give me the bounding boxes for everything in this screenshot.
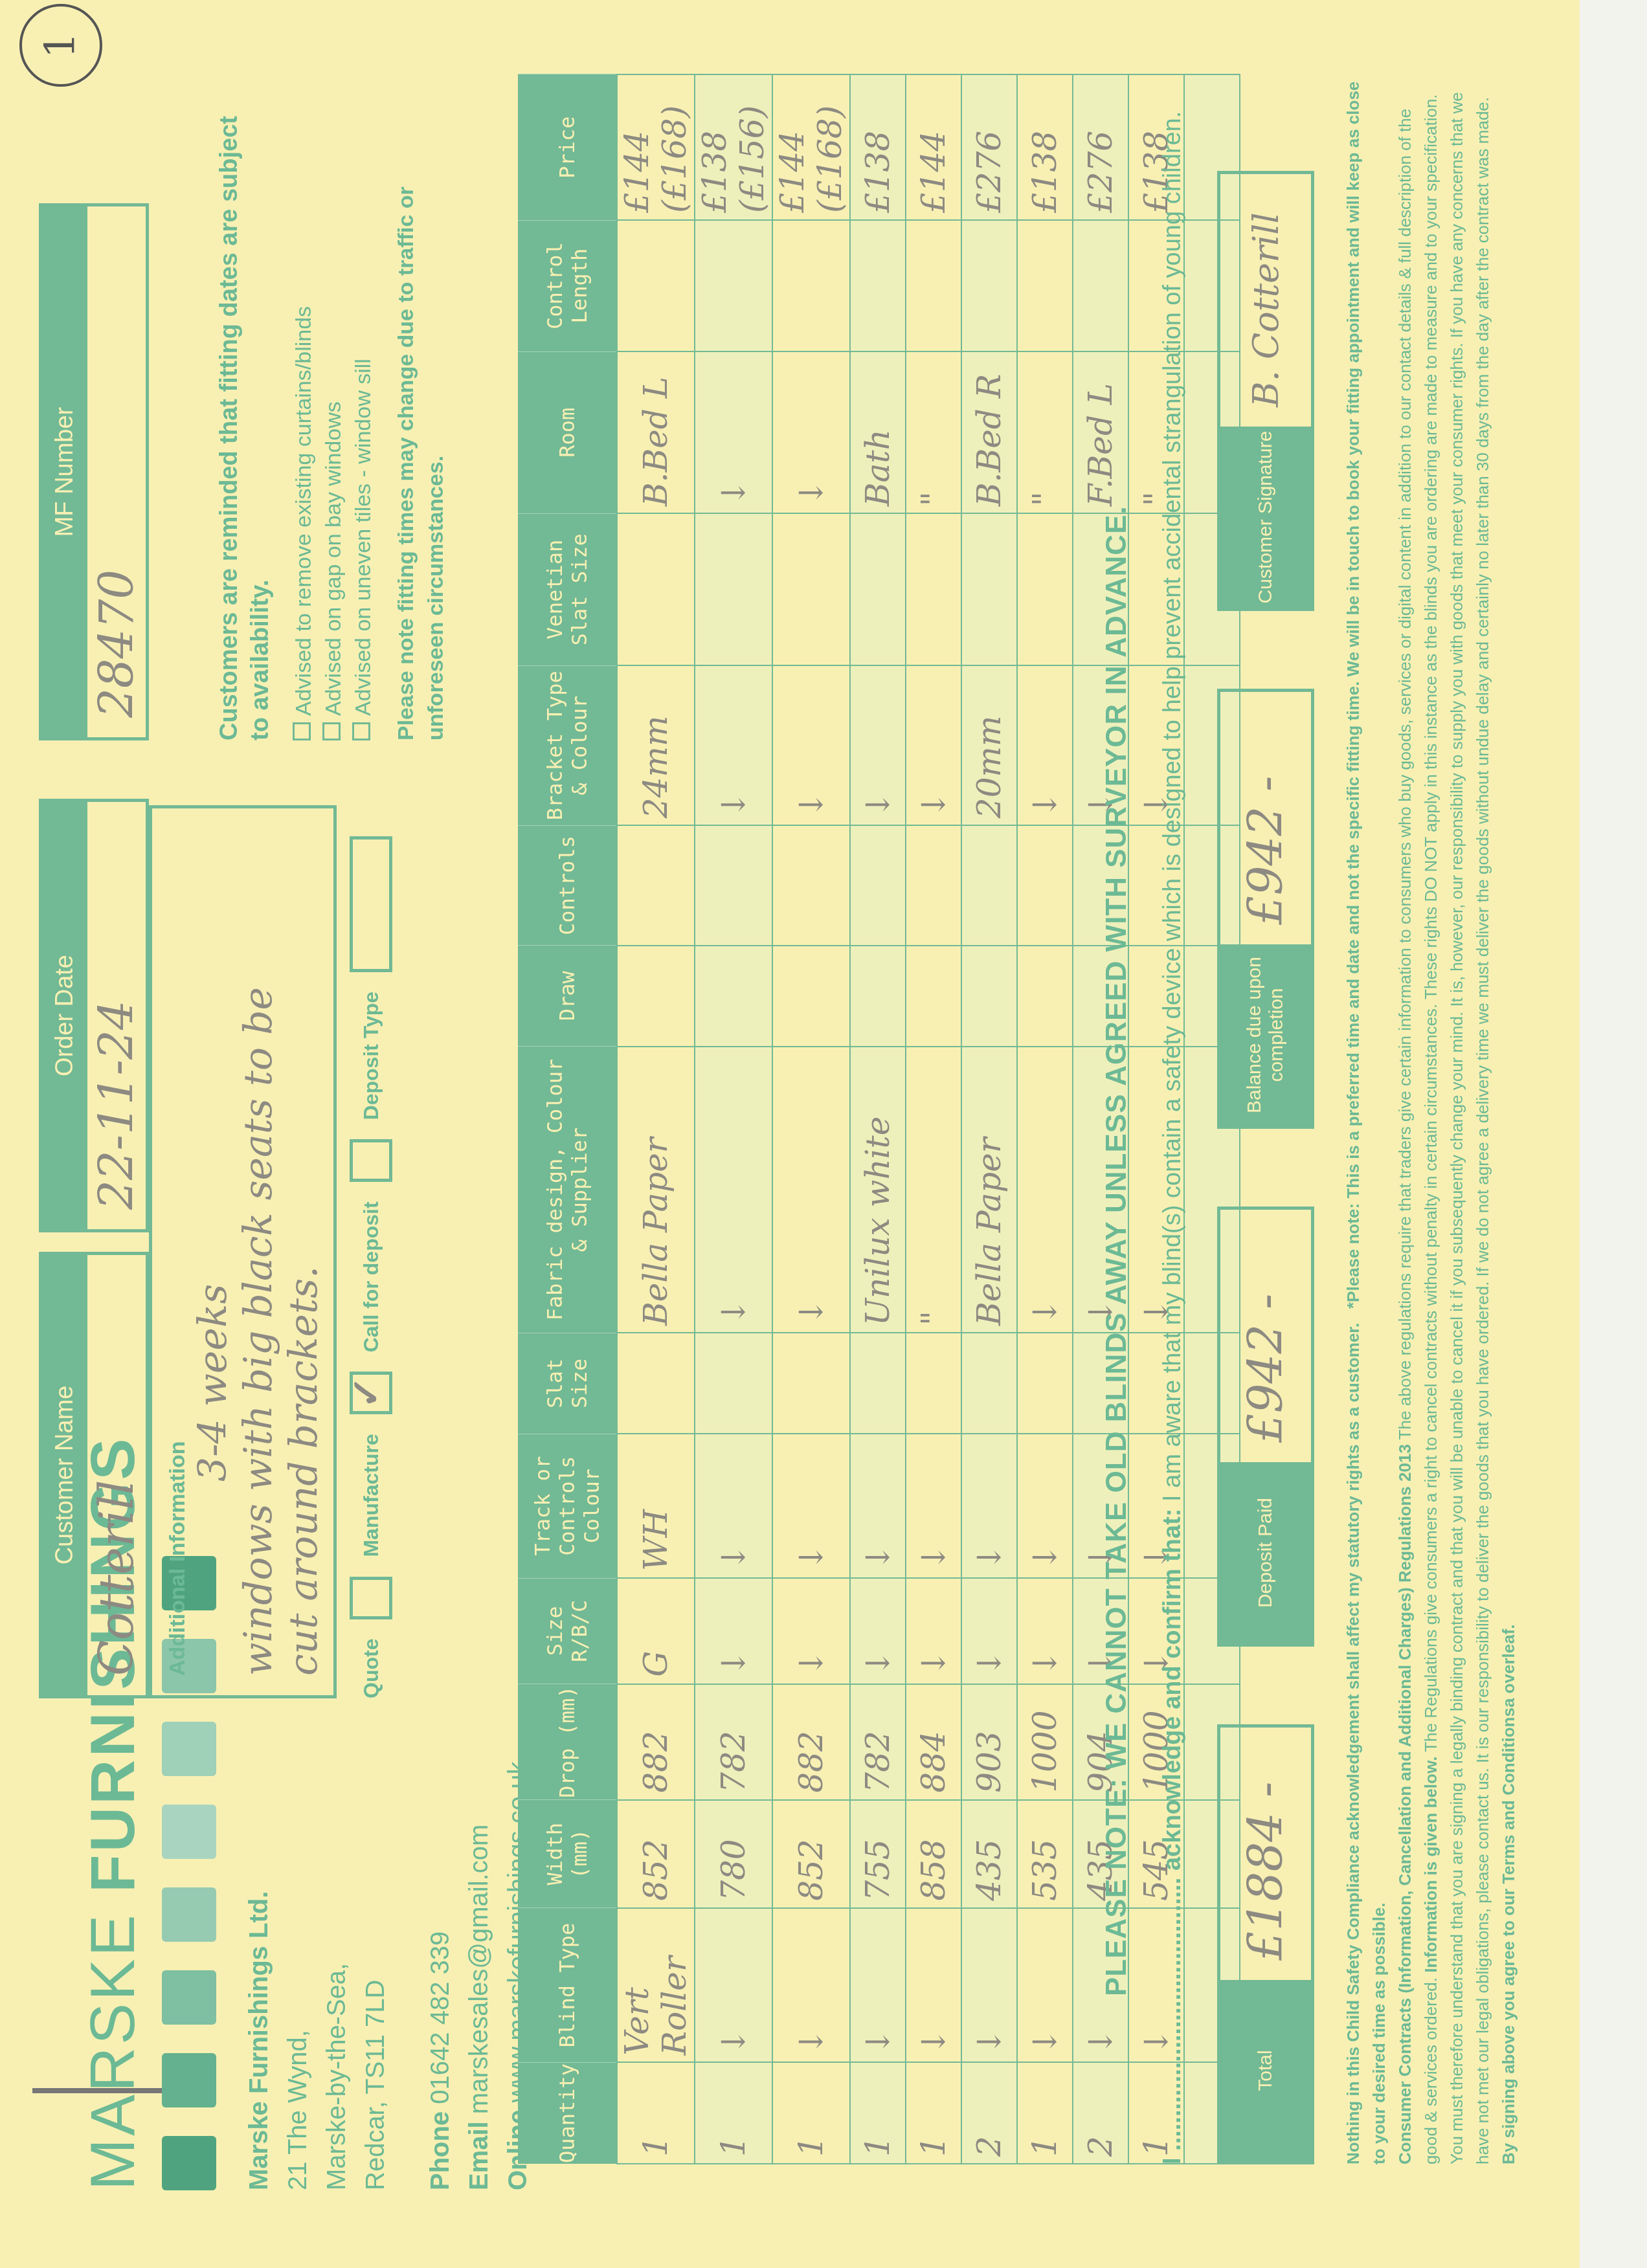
mf-number-label: MF Number [42, 206, 87, 737]
manufacture-checkbox[interactable] [350, 1372, 392, 1414]
table-row: 2↓435903↓↓Bella Paper20mmB.Bed R£276 [961, 74, 1017, 2164]
column-header: Room [518, 351, 617, 513]
fitting-reminder: Customers are reminded that fitting date… [214, 93, 451, 740]
column-header: Track or Controls Colour [518, 1434, 617, 1578]
table-cell[interactable]: £276 [961, 74, 1017, 220]
table-cell[interactable]: Bella Paper [617, 1047, 695, 1333]
table-cell[interactable]: 782 [695, 1684, 772, 1800]
table-cell[interactable]: 852 [772, 1800, 850, 1908]
table-cell[interactable]: 903 [961, 1684, 1017, 1800]
table-cell[interactable] [1017, 513, 1073, 665]
table-cell[interactable]: 2 [1073, 2062, 1128, 2164]
table-cell[interactable]: ↓ [961, 1578, 1017, 1684]
page-number-mark: 1 [19, 4, 102, 87]
additional-information-box[interactable]: Additional Information 3-4 weeks windows… [149, 805, 337, 1698]
table-cell[interactable] [617, 946, 695, 1047]
table-cell[interactable]: 535 [1017, 1800, 1073, 1908]
table-cell[interactable]: £138 (£156) [695, 74, 772, 220]
table-cell[interactable] [850, 1333, 906, 1434]
statutory-rights-note: Nothing in this Child Safety Compliance … [1343, 1323, 1363, 2164]
table-cell[interactable] [772, 1333, 850, 1434]
table-cell[interactable]: £144 [906, 74, 961, 220]
table-cell[interactable]: ↓ [695, 1047, 772, 1333]
column-header: Control Length [518, 220, 617, 351]
total-field[interactable]: Total £1884 - [1217, 1724, 1314, 2164]
fabric-swatch-icon [162, 2136, 216, 2190]
customer-name-label: Customer Name [42, 1255, 87, 1695]
old-blinds-notice: PLEASE NOTE: WE CANNOT TAKE OLD BLINDS A… [1101, 506, 1133, 1996]
table-cell[interactable]: ↓ [850, 1578, 906, 1684]
table-cell[interactable] [772, 946, 850, 1047]
deposit-paid-value[interactable]: £942 - [1220, 1210, 1311, 1462]
table-cell[interactable]: ↓ [772, 1908, 850, 2063]
column-header: Price [518, 74, 617, 220]
table-row: 1↓755782↓↓Unilux white↓Bath£138 [850, 74, 906, 2164]
table-cell[interactable]: " [906, 1047, 961, 1333]
table-cell[interactable] [906, 513, 961, 665]
table-cell[interactable]: ↓ [1017, 1047, 1073, 1333]
brand-name-light: MARSKE [78, 1913, 148, 2190]
column-header: Size R/B/C [518, 1578, 617, 1684]
table-cell[interactable] [1017, 1333, 1073, 1434]
deposit-paid-label: Deposit Paid [1220, 1462, 1311, 1643]
additional-information-label: Additional Information [165, 828, 190, 1676]
fitting-times-note: Please note fitting times may change due… [391, 93, 451, 740]
table-cell[interactable]: ↓ [961, 1434, 1017, 1578]
table-cell[interactable]: 852 [617, 1800, 695, 1908]
table-cell[interactable]: 884 [906, 1684, 961, 1800]
table-cell[interactable]: ↓ [906, 1908, 961, 2063]
table-cell[interactable] [1017, 220, 1073, 351]
table-cell[interactable]: G [617, 1578, 695, 1684]
table-cell[interactable]: ↓ [772, 351, 850, 513]
table-cell[interactable]: 1 [695, 2062, 772, 2164]
additional-info-line: windows with big black seats to be [236, 828, 281, 1676]
customer-signature-value[interactable]: B. Cotterill [1220, 174, 1311, 427]
table-cell[interactable]: Bella Paper [961, 1047, 1017, 1333]
phone-label: Phone [426, 2111, 454, 2190]
table-cell[interactable]: 755 [850, 1800, 906, 1908]
table-cell[interactable] [617, 1333, 695, 1434]
table-cell[interactable] [906, 946, 961, 1047]
table-cell[interactable]: 20mm [961, 665, 1017, 825]
legal-terms: Nothing in this Child Safety Compliance … [1340, 74, 1521, 2164]
table-cell[interactable] [772, 220, 850, 351]
table-cell[interactable]: 882 [617, 1684, 695, 1800]
table-cell[interactable]: ↓ [850, 1908, 906, 2063]
table-cell[interactable] [617, 513, 695, 665]
email-address: marskesales@gmail.com [465, 1825, 493, 2114]
table-cell[interactable]: 882 [772, 1684, 850, 1800]
table-cell[interactable]: WH [617, 1434, 695, 1578]
table-cell[interactable] [906, 220, 961, 351]
mf-number-value[interactable]: 28470 [87, 206, 146, 737]
mf-number-field[interactable]: MF Number 28470 [39, 203, 149, 740]
consumer-contracts-heading: Consumer Contracts (Information, Cancell… [1395, 1444, 1415, 2164]
table-cell[interactable]: £276 [1073, 74, 1128, 220]
checkbox-icon[interactable] [293, 722, 311, 740]
table-cell[interactable] [695, 220, 772, 351]
table-cell[interactable] [617, 220, 695, 351]
column-header: Fabric design, Colour & Supplier [518, 1047, 617, 1333]
safety-acknowledgement: I ......................................… [1159, 111, 1187, 2164]
table-cell[interactable]: F.Bed L [1073, 351, 1128, 513]
terms-agreement: By signing above you agree to our Terms … [1499, 1624, 1518, 2164]
table-cell[interactable] [695, 825, 772, 946]
table-cell[interactable] [772, 825, 850, 946]
table-cell[interactable]: ↓ [772, 1434, 850, 1578]
fabric-swatch-icon [162, 1970, 216, 2025]
info-heading: Information is given below. [1421, 1757, 1440, 1973]
balance-due-label: Balance due upon completion [1220, 944, 1311, 1126]
table-cell[interactable]: 435 [961, 1800, 1017, 1908]
table-cell[interactable]: ↓ [906, 1578, 961, 1684]
ack-prefix: I ......................................… [1159, 1509, 1186, 2165]
table-cell[interactable]: ↓ [695, 1908, 772, 2063]
table-cell[interactable]: Unilux white [850, 1047, 906, 1333]
table-header-row: QuantityBlind TypeWidth (mm)Drop (mm)Siz… [518, 74, 617, 2164]
order-date-value[interactable]: 22-11-24 [87, 802, 146, 1229]
order-date-field[interactable]: Order Date 22-11-24 [39, 799, 149, 1232]
address-line: 21 The Wynd, [278, 1891, 317, 2190]
checkbox-icon[interactable] [352, 722, 370, 740]
table-cell[interactable]: Vert Roller [617, 1908, 695, 2063]
table-cell[interactable]: ↓ [772, 1578, 850, 1684]
table-row: 1Vert Roller852882GWHBella Paper24mmB.Be… [617, 74, 695, 2164]
table-cell[interactable]: 782 [850, 1684, 906, 1800]
table-cell[interactable]: 1000 [1017, 1684, 1073, 1800]
table-cell[interactable]: ↓ [772, 1047, 850, 1333]
table-cell[interactable]: B.Bed L [617, 351, 695, 513]
table-cell[interactable] [772, 513, 850, 665]
column-header: Blind Type [518, 1908, 617, 2063]
additional-info-line: cut around brackets. [281, 828, 326, 1676]
table-cell[interactable]: 858 [906, 1800, 961, 1908]
fabric-swatch-icon [162, 1722, 216, 1776]
table-cell[interactable] [850, 513, 906, 665]
table-cell[interactable] [617, 825, 695, 946]
call-for-deposit-checkbox[interactable] [350, 1139, 392, 1182]
table-cell[interactable] [906, 825, 961, 946]
fabric-swatch-icon [162, 1887, 216, 1942]
table-cell[interactable]: £138 [850, 74, 906, 220]
table-cell[interactable] [961, 513, 1017, 665]
customer-signature-label: Customer Signature [1220, 427, 1311, 608]
table-row: 1↓5351000↓↓↓↓"£138 [1017, 74, 1073, 2164]
table-cell[interactable] [1017, 825, 1073, 946]
column-header: Venetian Slat Size [518, 513, 617, 665]
table-row: 1↓858884↓↓"↓"£144 [906, 74, 961, 2164]
deposit-type-label: Deposit Type [359, 992, 383, 1120]
customer-name-field[interactable]: Customer Name Cotterill [39, 1252, 149, 1698]
fabric-swatch-icon [162, 1805, 216, 1859]
table-cell[interactable] [961, 220, 1017, 351]
table-cell[interactable] [906, 1333, 961, 1434]
balance-due-value[interactable]: £942 - [1220, 692, 1311, 944]
table-row: 1↓780782↓↓↓↓↓£138 (£156) [695, 74, 772, 2164]
reminder-heading: Customers are reminded that fitting date… [214, 93, 276, 740]
quote-label: Quote [359, 1639, 383, 1698]
table-cell[interactable]: ↓ [1017, 665, 1073, 825]
table-cell[interactable] [695, 946, 772, 1047]
table-cell[interactable]: ↓ [906, 1434, 961, 1578]
table-row: 1↓852882↓↓↓↓↓£144 (£168) [772, 74, 850, 2164]
table-cell[interactable]: Bath [850, 351, 906, 513]
column-header: Width (mm) [518, 1800, 617, 1908]
table-cell[interactable] [961, 825, 1017, 946]
table-cell[interactable] [1017, 946, 1073, 1047]
table-cell[interactable]: " [1017, 351, 1073, 513]
address-line: Marske-by-the-Sea, [317, 1891, 356, 2190]
deposit-type-input[interactable] [350, 836, 392, 972]
advice-checkbox-item[interactable]: Advised on uneven tiles - window sill [348, 93, 378, 740]
column-header: Drop (mm) [518, 1684, 617, 1800]
additional-info-line: 3-4 weeks [190, 828, 236, 1676]
table-cell[interactable]: 780 [695, 1800, 772, 1908]
table-cell[interactable]: ↓ [695, 1578, 772, 1684]
column-header: Bracket Type & Colour [518, 665, 617, 825]
table-cell[interactable]: ↓ [1017, 1434, 1073, 1578]
table-cell[interactable]: ↓ [1017, 1908, 1073, 2063]
table-cell[interactable]: £138 [1017, 74, 1073, 220]
table-cell[interactable] [850, 946, 906, 1047]
table-cell[interactable]: £144 (£168) [772, 74, 850, 220]
table-cell[interactable]: ↓ [695, 1434, 772, 1578]
table-cell[interactable]: £144 (£168) [617, 74, 695, 220]
address-line: Redcar, TS11 7LD [356, 1891, 395, 2190]
table-cell[interactable]: 1 [850, 2062, 906, 2164]
table-cell[interactable]: ↓ [850, 665, 906, 825]
customer-name-value[interactable]: Cotterill [87, 1255, 146, 1695]
table-cell[interactable] [695, 513, 772, 665]
table-cell[interactable]: ↓ [906, 665, 961, 825]
table-cell[interactable]: 1 [617, 2062, 695, 2164]
customer-signature-field[interactable]: Customer Signature B. Cotterill [1217, 171, 1314, 611]
table-cell[interactable] [695, 1333, 772, 1434]
column-header: Quantity [518, 2062, 617, 2164]
table-cell[interactable] [961, 946, 1017, 1047]
call-for-deposit-label: Call for deposit [359, 1201, 383, 1352]
table-cell[interactable] [1073, 220, 1128, 351]
table-cell[interactable]: ↓ [695, 351, 772, 513]
advice-checkbox-item[interactable]: Advised to remove existing curtains/blin… [289, 93, 319, 740]
order-date-label: Order Date [42, 802, 87, 1229]
email-label: Email [465, 2121, 493, 2190]
table-cell[interactable]: 24mm [617, 665, 695, 825]
company-name: Marske Furnishings Ltd. [240, 1891, 278, 2190]
table-body: 1Vert Roller852882GWHBella Paper24mmB.Be… [617, 74, 1240, 2164]
deposit-paid-field[interactable]: Deposit Paid £942 - [1217, 1206, 1314, 1647]
table-cell[interactable]: ↓ [1017, 1578, 1073, 1684]
balance-due-field[interactable]: Balance due upon completion £942 - [1217, 689, 1314, 1129]
manufacture-label: Manufacture [359, 1434, 383, 1557]
order-options: Quote Manufacture Call for deposit Depos… [350, 836, 392, 1698]
table-cell[interactable]: " [906, 351, 961, 513]
table-cell[interactable]: ↓ [850, 1434, 906, 1578]
order-form-sheet: 1 MARSKE FURNISHINGS Marske Furnishings … [0, 0, 1580, 2268]
total-value[interactable]: £1884 - [1220, 1728, 1311, 1980]
table-cell[interactable]: 1 [1017, 2062, 1073, 2164]
advice-checkbox-item[interactable]: Advised on gap on bay windows [319, 93, 348, 740]
table-cell[interactable] [850, 220, 906, 351]
table-cell[interactable]: 2 [961, 2062, 1017, 2164]
phone-number: 01642 482 339 [426, 1931, 454, 2104]
company-address: Marske Furnishings Ltd. 21 The Wynd, Mar… [240, 1891, 395, 2190]
table-cell[interactable]: 1 [906, 2062, 961, 2164]
table-cell[interactable]: 1 [772, 2062, 850, 2164]
fabric-swatch-icon [162, 2053, 216, 2107]
column-header: Controls [518, 825, 617, 946]
table-cell[interactable]: ↓ [772, 665, 850, 825]
table-cell[interactable]: ↓ [961, 1908, 1017, 2063]
table-cell[interactable]: B.Bed R [961, 351, 1017, 513]
column-header: Draw [518, 946, 617, 1047]
quote-checkbox[interactable] [350, 1577, 392, 1619]
table-cell[interactable] [961, 1333, 1017, 1434]
checkbox-icon[interactable] [322, 722, 341, 740]
column-header: Slat Size [518, 1333, 617, 1434]
table-cell[interactable]: ↓ [695, 665, 772, 825]
total-label: Total [1220, 1980, 1311, 2161]
table-cell[interactable] [850, 825, 906, 946]
ack-text: I am aware that my blind(s) contain a sa… [1159, 111, 1186, 1502]
